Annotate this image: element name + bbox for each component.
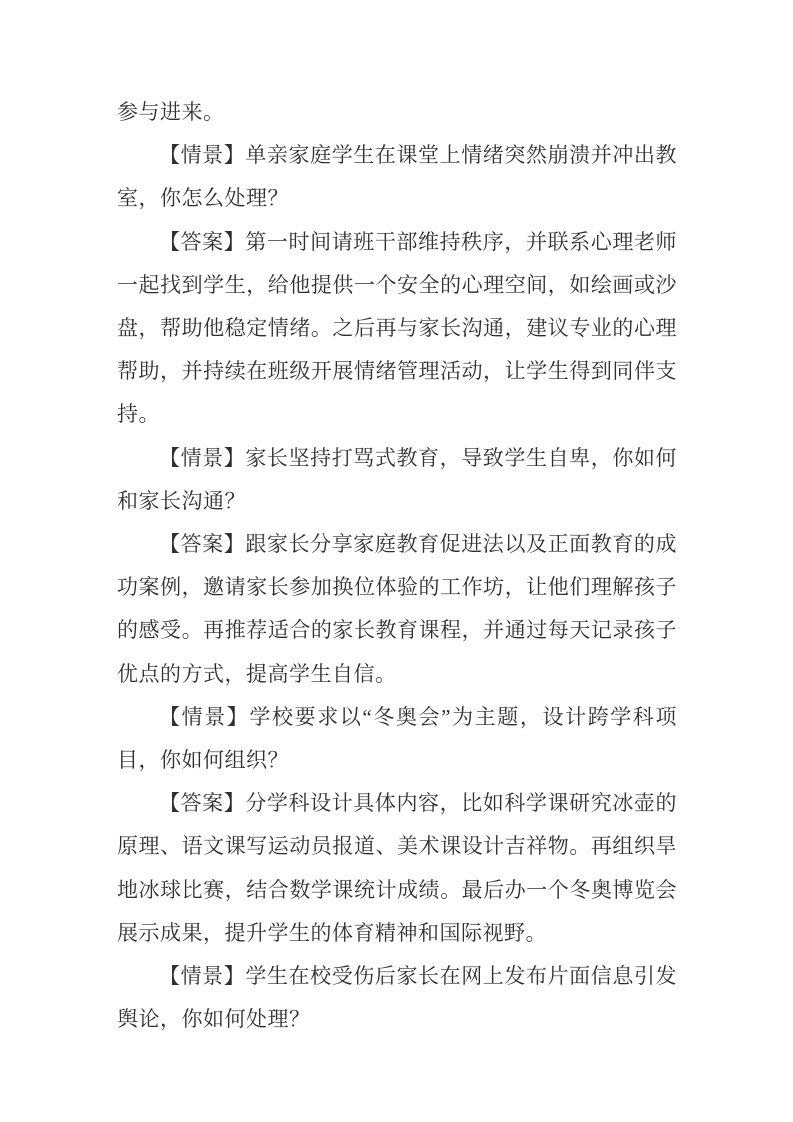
scenario-paragraph: 【情景】单亲家庭学生在课堂上情绪突然崩溃并冲出教室，你怎么处理？: [117, 134, 677, 220]
answer-paragraph: 【答案】第一时间请班干部维持秩序，并联系心理老师一起找到学生，给他提供一个安全的…: [117, 221, 677, 437]
scenario-paragraph: 【情景】学生在校受伤后家长在网上发布片面信息引发舆论，你如何处理？: [117, 955, 677, 1041]
document-text-block: 参与进来。 【情景】单亲家庭学生在课堂上情绪突然崩溃并冲出教室，你怎么处理？ 【…: [117, 91, 677, 1041]
answer-paragraph: 【答案】跟家长分享家庭教育促进法以及正面教育的成功案例，邀请家长参加换位体验的工…: [117, 523, 677, 696]
continuation-paragraph: 参与进来。: [117, 91, 677, 134]
scenario-paragraph: 【情景】家长坚持打骂式教育，导致学生自卑，你如何和家长沟通？: [117, 437, 677, 523]
document-page: 参与进来。 【情景】单亲家庭学生在课堂上情绪突然崩溃并冲出教室，你怎么处理？ 【…: [0, 0, 793, 1122]
scenario-paragraph: 【情景】学校要求以“冬奥会”为主题，设计跨学科项目，你如何组织？: [117, 696, 677, 782]
answer-paragraph: 【答案】分学科设计具体内容，比如科学课研究冰壶的原理、语文课写运动员报道、美术课…: [117, 782, 677, 955]
